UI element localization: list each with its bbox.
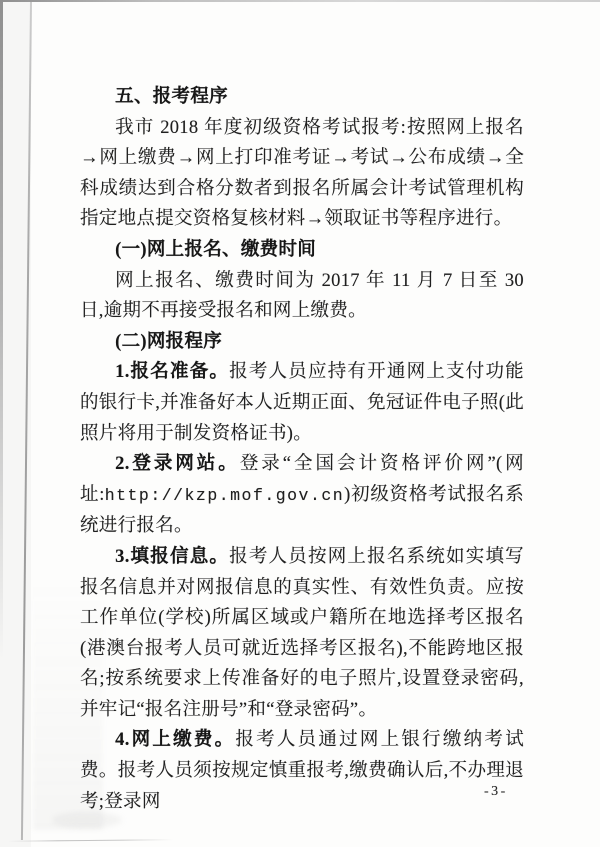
list-item-4-lead: 4.网上缴费。 <box>115 730 235 750</box>
intro-paragraph: 我市 2018 年度初级资格考试报考:按照网上报名→网上缴费→网上打印准考证→考… <box>80 113 524 235</box>
list-item-2: 2.登录网站。登录“全国会计资格评价网”(网址:http://kzp.mof.g… <box>80 449 524 542</box>
section-heading: 五、报考程序 <box>80 82 524 113</box>
list-item-1: 1.报名准备。报考人员应持有开通网上支付功能的银行卡,并准备好本人近期正面、免冠… <box>80 357 524 449</box>
list-item-1-lead: 1.报名准备。 <box>115 362 229 382</box>
subsection-1-body: 网上报名、缴费时间为 2017 年 11 月 7 日至 30 日,逾期不再接受报… <box>80 266 524 327</box>
list-item-3-lead: 3.填报信息。 <box>115 547 229 567</box>
list-item-3: 3.填报信息。报考人员按网上报名系统如实填写报名信息并对网报信息的真实性、有效性… <box>80 542 524 726</box>
scan-bottom-edge-line <box>8 839 173 841</box>
scan-top-edge-line <box>0 0 600 2</box>
document-text-block: 五、报考程序 我市 2018 年度初级资格考试报考:按照网上报名→网上缴费→网上… <box>80 82 524 817</box>
list-item-4: 4.网上缴费。报考人员通过网上银行缴纳考试费。报考人员须按规定慎重报考,缴费确认… <box>80 725 524 817</box>
subsection-1-heading: (一)网上报名、缴费时间 <box>80 235 524 266</box>
list-item-3-text: 报考人员按网上报名系统如实填写报名信息并对网报信息的真实性、有效性负责。应按工作… <box>80 547 524 720</box>
registration-website-url: http://kzp.mof.gov.cn <box>105 486 344 505</box>
scan-left-edge-line <box>0 0 3 660</box>
subsection-2-heading: (二)网报程序 <box>80 327 524 358</box>
page-number: -3- <box>484 784 508 800</box>
scanned-document-page: 五、报考程序 我市 2018 年度初级资格考试报考:按照网上报名→网上缴费→网上… <box>0 0 600 847</box>
list-item-2-lead: 2.登录网站。 <box>115 454 240 474</box>
